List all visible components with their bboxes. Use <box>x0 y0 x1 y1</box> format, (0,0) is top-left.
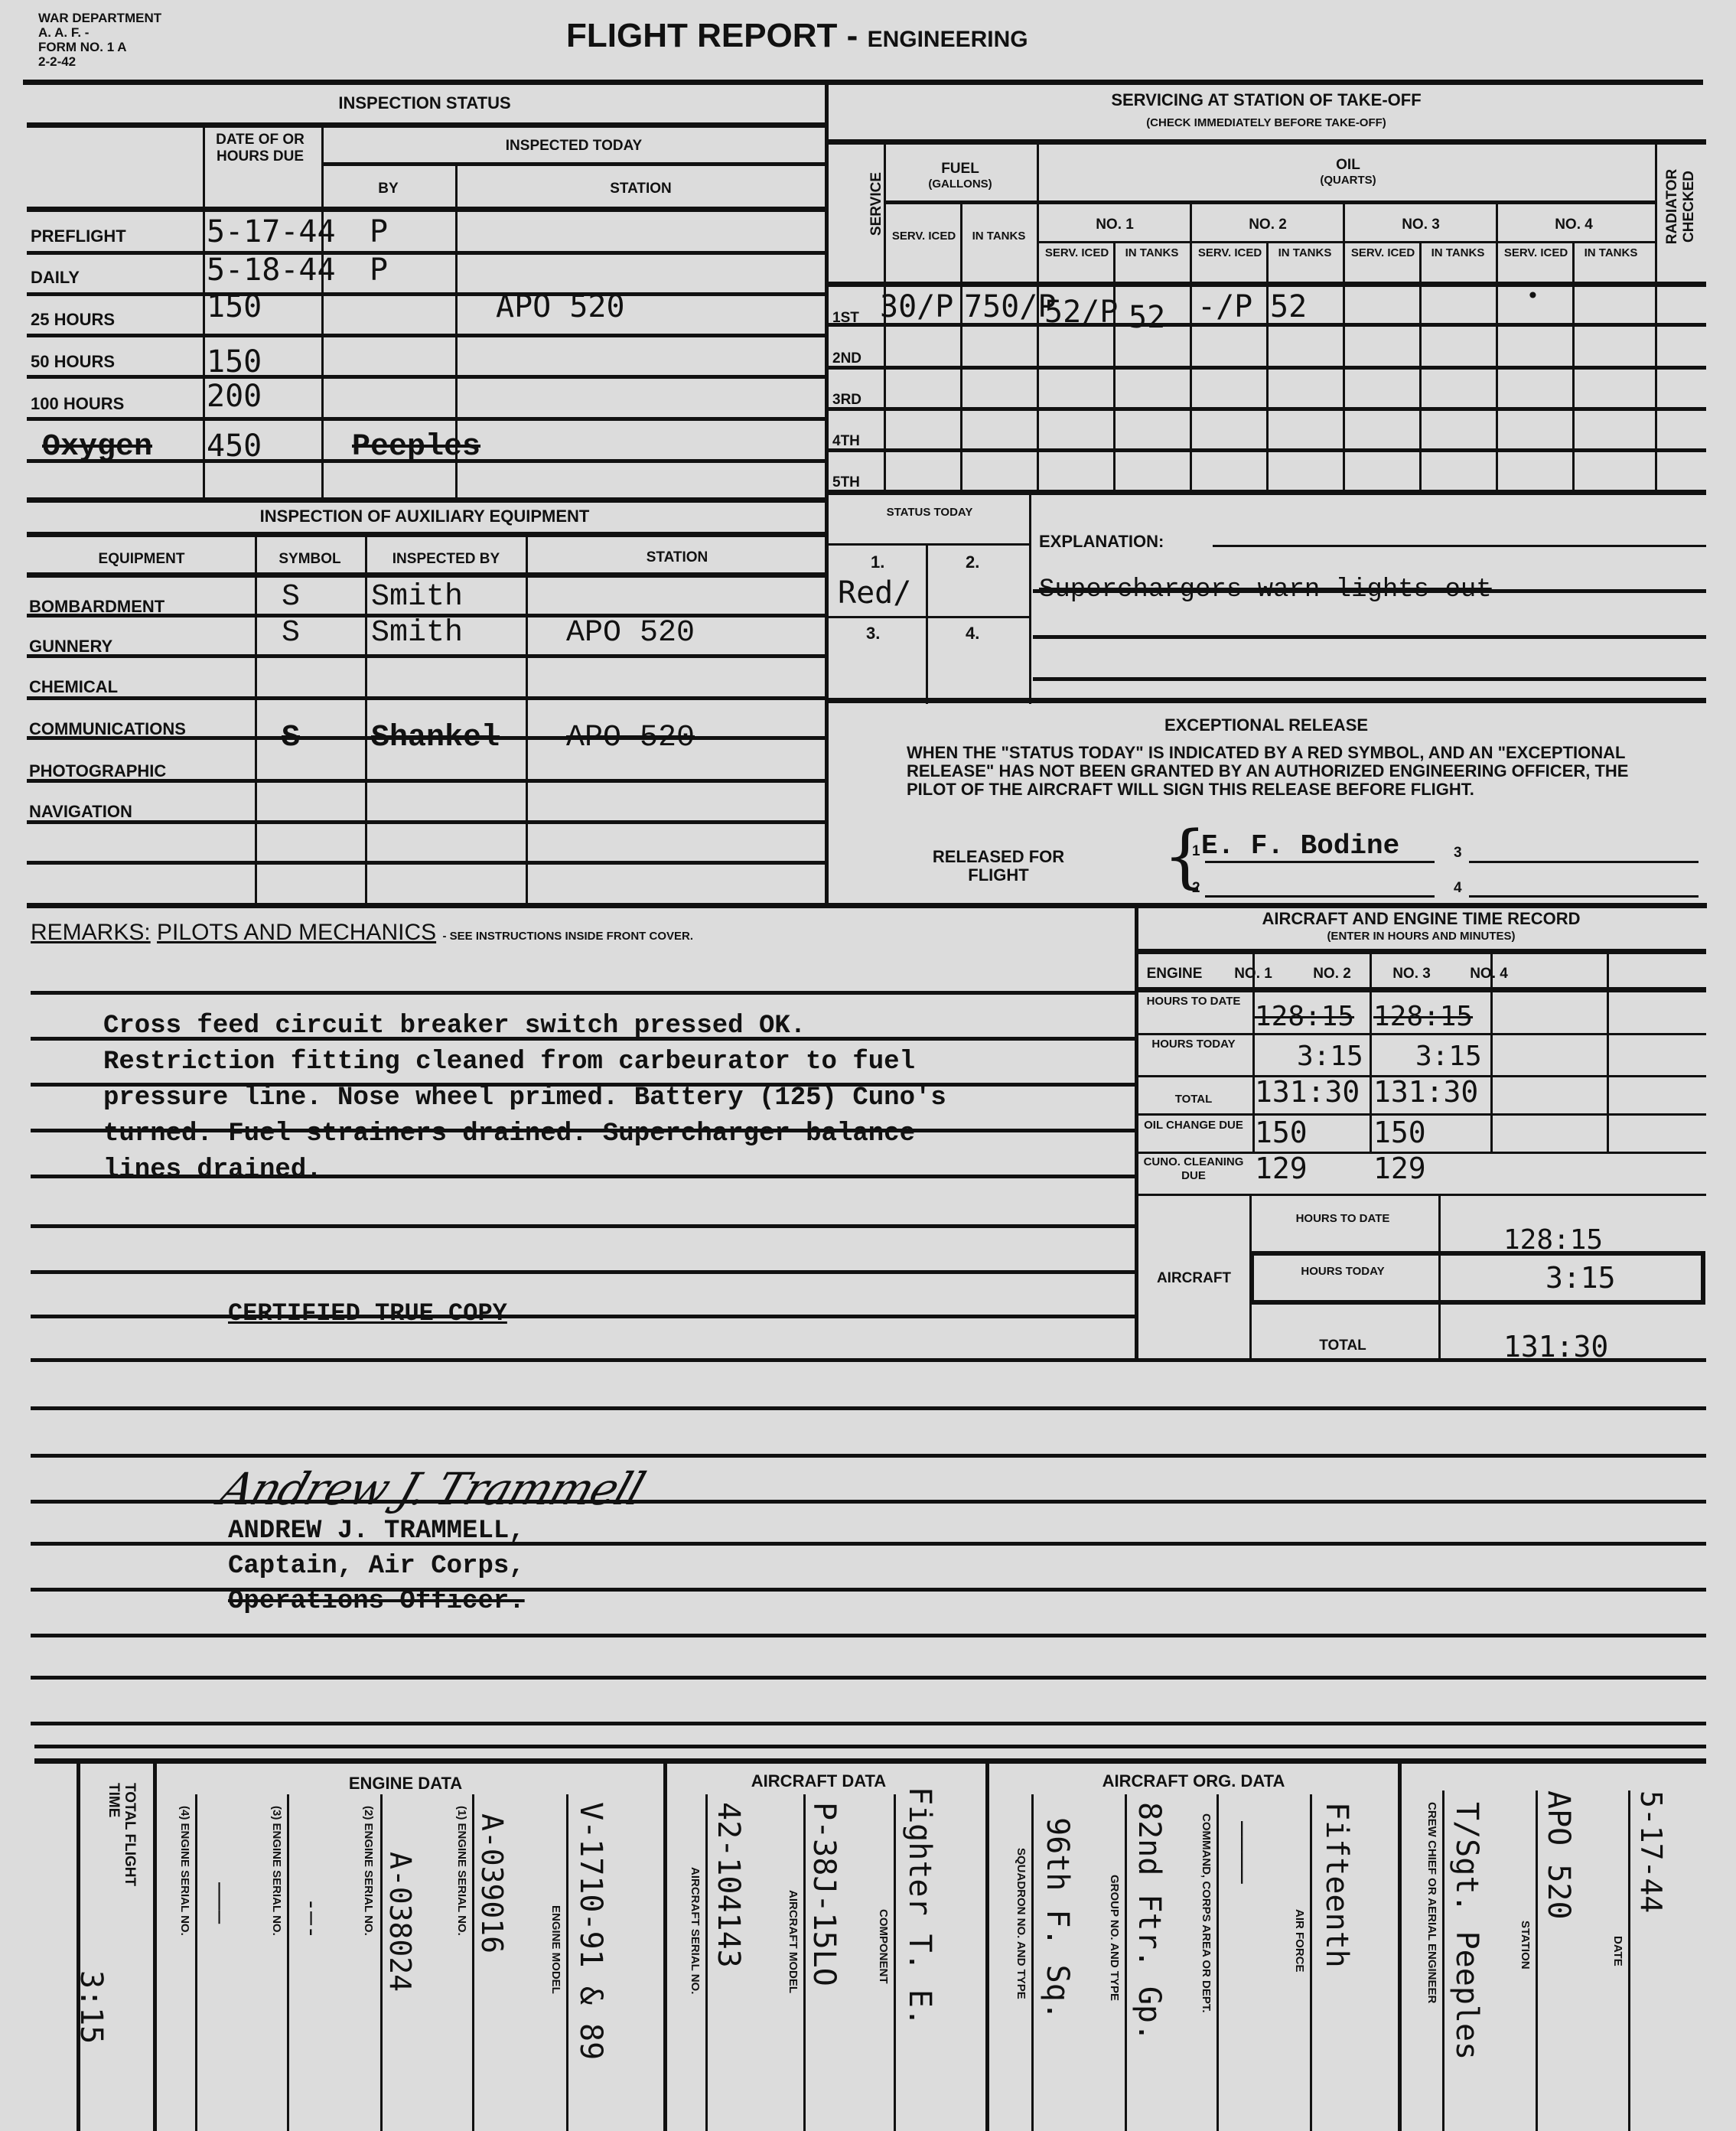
row-label: HOURS TO DATE <box>1285 1211 1400 1227</box>
divider <box>663 1760 667 2131</box>
remarks-line <box>31 1358 1706 1362</box>
row-label: CUNO. CLEANING DUE <box>1140 1155 1247 1183</box>
oil-header: OIL (QUARTS) <box>1038 157 1658 187</box>
fuel-in-tanks-value: 750/P <box>964 289 1056 324</box>
form-dept-block: WAR DEPARTMENT A. A. F. - FORM NO. 1 A 2… <box>38 11 161 69</box>
field-label: (4) ENGINE SERIAL NO. <box>178 1806 191 1936</box>
signer-line[interactable] <box>1469 895 1699 898</box>
divider <box>705 1794 708 2131</box>
remarks-line <box>31 1722 1706 1725</box>
status-num: 4. <box>966 624 979 644</box>
status-num: 1. <box>871 552 884 572</box>
divider <box>1136 1194 1706 1196</box>
divider <box>27 207 826 212</box>
signer-num: 3 <box>1454 845 1462 862</box>
col-by-header: BY <box>321 181 455 197</box>
oil-label: OIL <box>1038 157 1658 174</box>
remarks-body: Cross feed circuit breaker switch presse… <box>103 1008 946 1188</box>
divider <box>826 448 1706 452</box>
col-inspected-today-header: INSPECTED TODAY <box>321 138 826 155</box>
row-label: HOURS TODAY <box>1140 1038 1247 1051</box>
remarks-line <box>31 1406 1706 1410</box>
divider <box>884 200 1656 204</box>
divider <box>1398 1760 1402 2131</box>
divider <box>27 417 826 421</box>
aircraft-model: P-38J-15LO <box>806 1802 842 1986</box>
station-value: APO 520 <box>496 289 625 324</box>
service-col-header: SERVICE <box>868 172 885 236</box>
oil4-serviced-value: • <box>1526 283 1539 308</box>
oil-engine-1-header: NO. 1 <box>1038 217 1191 233</box>
row-label: 50 HOURS <box>31 352 115 372</box>
date: 5-17-44 <box>1634 1790 1668 1913</box>
exceptional-release-title: EXCEPTIONAL RELEASE <box>826 715 1706 735</box>
divider <box>526 532 528 907</box>
divider <box>566 1794 568 2131</box>
divider <box>1370 949 1372 1152</box>
engine-2-value: 128:15 <box>1373 1001 1473 1032</box>
title-main: FLIGHT REPORT <box>566 17 837 54</box>
oil3-serviced-header: SERV. ICED <box>1347 246 1419 259</box>
divider <box>27 572 826 578</box>
field-label: ENGINE MODEL <box>549 1905 562 1994</box>
engine-2-header: NO. 2 <box>1293 966 1371 982</box>
dept-line: A. A. F. - <box>38 25 161 40</box>
oil1-in-tanks-value: 52 <box>1129 300 1165 335</box>
engine-1-value: 150 <box>1255 1116 1308 1149</box>
row-label: OIL CHANGE DUE <box>1140 1119 1247 1132</box>
inspected-by-value: Smith <box>371 580 463 614</box>
dept-line: 2-2-42 <box>38 54 161 69</box>
dept-line: WAR DEPARTMENT <box>38 11 161 25</box>
divider <box>1655 139 1657 491</box>
divider <box>321 122 324 497</box>
field-label: (2) ENGINE SERIAL NO. <box>362 1806 375 1936</box>
status-value: Red/ <box>838 575 911 611</box>
engine-4-header: NO. 4 <box>1451 966 1527 982</box>
due-value: 5-17-44 <box>207 214 336 249</box>
remarks-line <box>31 1224 1136 1228</box>
due-value: 200 <box>207 379 262 414</box>
divider <box>1628 1790 1630 2131</box>
signer-title: Operations Officer. <box>228 1584 525 1619</box>
col-station-header: STATION <box>528 549 826 566</box>
row-label: DAILY <box>31 268 80 288</box>
divider <box>894 1794 896 2131</box>
remarks-line <box>31 1634 1706 1637</box>
divider <box>287 1794 289 2131</box>
service-label: 5TH <box>832 474 860 491</box>
engine-3-header: NO. 3 <box>1373 966 1451 982</box>
signer-num: 1 <box>1192 843 1200 860</box>
divider <box>1190 200 1192 491</box>
divider <box>826 616 1029 618</box>
row-label: HOURS TODAY <box>1285 1264 1400 1279</box>
divider <box>826 698 1706 703</box>
oil-engine-4-header: NO. 4 <box>1497 217 1650 233</box>
divider <box>1310 1794 1312 2131</box>
aircraft-total: 131:30 <box>1503 1330 1608 1364</box>
oil-engine-3-header: NO. 3 <box>1344 217 1497 233</box>
station-value: APO 520 <box>566 616 695 650</box>
remarks-line-text: turned. Fuel strainers drained. Supercha… <box>103 1116 946 1152</box>
total-flight-time-value: 3:15 <box>73 1970 109 2044</box>
divider <box>27 779 826 783</box>
field-label: AIRCRAFT SERIAL NO. <box>689 1867 702 1994</box>
station: APO 520 <box>1541 1790 1576 1920</box>
divider <box>1213 545 1706 547</box>
engine-2-value: 131:30 <box>1373 1075 1478 1109</box>
divider <box>826 407 1706 411</box>
page-title: FLIGHT REPORT - ENGINEERING <box>566 17 1028 55</box>
field-label: AIR FORCE <box>1293 1909 1306 1973</box>
col-equipment-header: EQUIPMENT <box>27 551 256 568</box>
engine-1-value: 128:15 <box>1255 1001 1354 1032</box>
remarks-instruction: - SEE INSTRUCTIONS INSIDE FRONT COVER. <box>442 930 693 943</box>
remarks-line <box>31 991 1136 995</box>
status-today-header: STATUS TODAY <box>884 507 975 519</box>
divider <box>27 532 826 537</box>
by-value: P <box>370 214 388 249</box>
divider <box>34 1758 1706 1764</box>
field-label: AIRCRAFT MODEL <box>787 1890 800 1993</box>
col-due-header: DATE OF OR HOURS DUE <box>203 132 318 165</box>
equipment-label: CHEMICAL <box>29 677 118 697</box>
divider <box>1038 241 1656 243</box>
engine-2-value: 150 <box>1373 1116 1426 1149</box>
divider <box>1033 677 1706 681</box>
divider <box>77 1760 80 2131</box>
field-label: STATION <box>1519 1921 1532 1970</box>
status-num: 3. <box>866 624 880 644</box>
engine-1-value: 131:30 <box>1255 1075 1360 1109</box>
divider <box>1496 200 1498 491</box>
aircraft-data-title: AIRCRAFT DATA <box>704 1771 933 1791</box>
divider <box>27 334 826 337</box>
inspected-by-value: Smith <box>371 616 463 650</box>
divider <box>34 1745 1706 1748</box>
divider <box>203 122 205 497</box>
signer-num: 4 <box>1454 880 1462 897</box>
oil2-serviced-header: SERV. ICED <box>1194 246 1266 259</box>
squadron: 96th F. Sq. <box>1040 1817 1075 2020</box>
oil3-in-tanks-header: IN TANKS <box>1422 246 1494 259</box>
symbol-value: S <box>282 580 300 614</box>
fuel-unit: (GALLONS) <box>884 178 1037 191</box>
aircraft-label: AIRCRAFT <box>1138 1270 1249 1287</box>
divider <box>27 292 826 296</box>
divider <box>321 162 826 166</box>
divider <box>826 323 1706 327</box>
remarks-line-text: Cross feed circuit breaker switch presse… <box>103 1008 946 1044</box>
remarks-line-text: pressure line. Nose wheel primed. Batter… <box>103 1080 946 1116</box>
engine-3-serial: -—- <box>298 1898 325 1939</box>
aux-title: INSPECTION OF AUXILIARY EQUIPMENT <box>23 507 826 526</box>
field-label: GROUP NO. AND TYPE <box>1108 1875 1121 2001</box>
engine-model: V-1710-91 & 89 <box>573 1802 608 2060</box>
divider <box>826 490 1706 495</box>
group: 82nd Ftr. Gp. <box>1132 1802 1167 2041</box>
divider <box>1136 949 1706 954</box>
time-record-subtitle: (ENTER IN HOURS AND MINUTES) <box>1136 930 1706 943</box>
oil2-in-tanks-value: 52 <box>1270 289 1307 324</box>
fuel-header: FUEL (GALLONS) <box>884 161 1037 191</box>
col-station-header: STATION <box>455 181 826 197</box>
symbol-value: S <box>282 616 300 650</box>
row-label: PREFLIGHT <box>31 226 126 246</box>
divider <box>255 532 257 907</box>
signer-rank: Captain, Air Corps, <box>228 1549 525 1584</box>
divider <box>27 497 826 503</box>
engine-1-serial: A-039016 <box>475 1813 509 1953</box>
oil1-in-tanks-header: IN TANKS <box>1116 246 1188 259</box>
divider <box>960 200 962 491</box>
org-data-title: AIRCRAFT ORG. DATA <box>1002 1771 1385 1791</box>
servicing-subtitle: (CHECK IMMEDIATELY BEFORE TAKE-OFF) <box>826 116 1706 129</box>
remarks-line <box>31 1315 1136 1318</box>
engine-2-value: 3:15 <box>1415 1041 1482 1072</box>
fuel-in-tanks-header: IN TANKS <box>962 230 1035 243</box>
servicing-title: SERVICING AT STATION OF TAKE-OFF <box>826 90 1706 110</box>
fuel-label: FUEL <box>884 161 1037 178</box>
signer-num: 2 <box>1192 880 1200 897</box>
inspection-status-title: INSPECTION STATUS <box>23 93 826 113</box>
dept-line: FORM NO. 1 A <box>38 40 161 54</box>
crew-chief: T/Sgt. Peeples <box>1449 1802 1484 2060</box>
divider <box>1029 494 1031 704</box>
certified-true-copy: CERTIFIED TRUE COPY <box>228 1299 507 1328</box>
divider <box>380 1794 383 2131</box>
time-record-title: AIRCRAFT AND ENGINE TIME RECORD <box>1136 909 1706 929</box>
divider <box>1607 949 1609 1152</box>
remarks-header: REMARKS: PILOTS AND MECHANICS - SEE INST… <box>31 920 693 946</box>
signer-line <box>1205 861 1435 863</box>
signer-block: ANDREW J. TRAMMELL, Captain, Air Corps, … <box>228 1514 525 1619</box>
title-sub: ENGINEERING <box>868 27 1028 52</box>
divider <box>1136 1033 1706 1035</box>
released-for-flight-label: RELEASED FOR FLIGHT <box>903 848 1094 885</box>
engine-col-header: ENGINE <box>1136 966 1213 982</box>
divider <box>27 736 826 740</box>
signer-name[interactable]: E. F. Bodine <box>1201 830 1399 862</box>
air-force: Fifteenth <box>1319 1802 1354 1968</box>
divider <box>195 1794 197 2131</box>
signer-line[interactable] <box>1469 861 1699 863</box>
row-label: 25 HOURS <box>31 310 115 330</box>
divider <box>153 1760 157 2131</box>
divider <box>27 251 826 255</box>
field-label: COMPONENT <box>877 1909 890 1984</box>
oil2-in-tanks-header: IN TANKS <box>1269 246 1341 259</box>
by-value: P <box>370 253 388 288</box>
divider <box>27 696 826 700</box>
row-label: 100 HOURS <box>31 394 124 414</box>
remarks-label: REMARKS: <box>31 920 151 945</box>
explanation-label: EXPLANATION: <box>1039 532 1164 552</box>
divider <box>472 1794 474 2131</box>
signer-line[interactable] <box>1205 895 1435 898</box>
field-label: COMMAND, CORPS AREA OR DEPT. <box>1200 1813 1213 2013</box>
service-label: 2ND <box>832 350 861 367</box>
aircraft-serial: 42-104143 <box>711 1802 746 1968</box>
divider <box>27 122 826 128</box>
engine-1-value: 129 <box>1255 1152 1308 1185</box>
divider <box>1033 589 1706 593</box>
divider <box>365 532 367 907</box>
total-flight-time-label: TOTAL FLIGHT TIME <box>106 1783 138 1890</box>
oil1-serviced-header: SERV. ICED <box>1041 246 1113 259</box>
divider <box>803 1794 806 2131</box>
due-value: 150 <box>207 289 262 324</box>
divider <box>926 543 928 704</box>
divider <box>826 366 1706 370</box>
title-sep: - <box>847 17 858 54</box>
divider <box>23 80 1703 85</box>
field-label: (1) ENGINE SERIAL NO. <box>455 1806 468 1936</box>
row-label: HOURS TO DATE <box>1140 995 1247 1008</box>
radiator-header: RADIATOR CHECKED <box>1664 153 1698 260</box>
divider <box>1343 200 1345 491</box>
row-label: TOTAL <box>1285 1338 1400 1354</box>
oil-unit: (QUARTS) <box>1038 174 1658 187</box>
engine-1-value: 3:15 <box>1297 1041 1363 1072</box>
col-symbol-header: SYMBOL <box>256 551 363 568</box>
divider <box>1442 1790 1444 2131</box>
divider <box>985 1760 989 2131</box>
engine-data-title: ENGINE DATA <box>275 1774 536 1794</box>
field-label: SQUADRON NO. AND TYPE <box>1015 1848 1028 1999</box>
due-value: 5-18-44 <box>207 253 336 288</box>
oil4-serviced-header: SERV. ICED <box>1500 246 1572 259</box>
field-label: (3) ENGINE SERIAL NO. <box>270 1806 283 1936</box>
oil2-serviced-value: -/P <box>1197 289 1252 324</box>
divider <box>1033 635 1706 639</box>
service-label: 4TH <box>832 433 860 450</box>
divider <box>27 903 1707 908</box>
field-label: DATE <box>1611 1936 1624 1966</box>
fuel-serviced-header: SERV. ICED <box>888 230 960 243</box>
remarks-line <box>31 1454 1706 1458</box>
fuel-serviced-value: 30/P <box>880 289 953 324</box>
signature-handwritten: Andrew J. Trammell <box>213 1463 650 1515</box>
engine-4-serial: ——— <box>207 1882 233 1924</box>
divider <box>826 139 1706 145</box>
equipment-label: NAVIGATION <box>29 802 132 822</box>
component: Fighter T. E. <box>902 1787 937 2026</box>
divider <box>1217 1794 1219 2131</box>
divider <box>27 820 826 824</box>
divider <box>27 459 826 463</box>
divider <box>1536 1790 1538 2131</box>
command: ———— <box>1228 1821 1259 1884</box>
remarks-line <box>31 1270 1136 1274</box>
engine-2-value: 129 <box>1373 1152 1426 1185</box>
divider <box>1490 949 1493 1152</box>
aircraft-hours-today: 3:15 <box>1545 1261 1616 1295</box>
divider <box>27 654 826 658</box>
col-inspected-by-header: INSPECTED BY <box>366 551 526 568</box>
exceptional-release-text: WHEN THE "STATUS TODAY" IS INDICATED BY … <box>907 744 1641 799</box>
signer-name: ANDREW J. TRAMMELL, <box>228 1514 525 1549</box>
service-label: 3RD <box>832 392 861 409</box>
engine-2-serial: A-038024 <box>383 1852 417 1992</box>
oil4-in-tanks-header: IN TANKS <box>1575 246 1647 259</box>
divider <box>27 861 826 865</box>
divider <box>1031 1794 1034 2131</box>
remarks-line <box>31 1676 1706 1680</box>
status-num: 2. <box>966 552 979 572</box>
divider <box>27 375 826 379</box>
divider <box>1136 987 1706 992</box>
oil-engine-2-header: NO. 2 <box>1191 217 1344 233</box>
remarks-line-text: Restriction fitting cleaned from carbeur… <box>103 1044 946 1080</box>
row-label: TOTAL <box>1140 1093 1247 1106</box>
field-label: CREW CHIEF OR AERIAL ENGINEER <box>1425 1802 1438 2003</box>
remarks-sub-label: PILOTS AND MECHANICS <box>157 920 436 945</box>
remarks-line-text: lines drained. <box>103 1152 946 1188</box>
divider <box>1125 1794 1127 2131</box>
